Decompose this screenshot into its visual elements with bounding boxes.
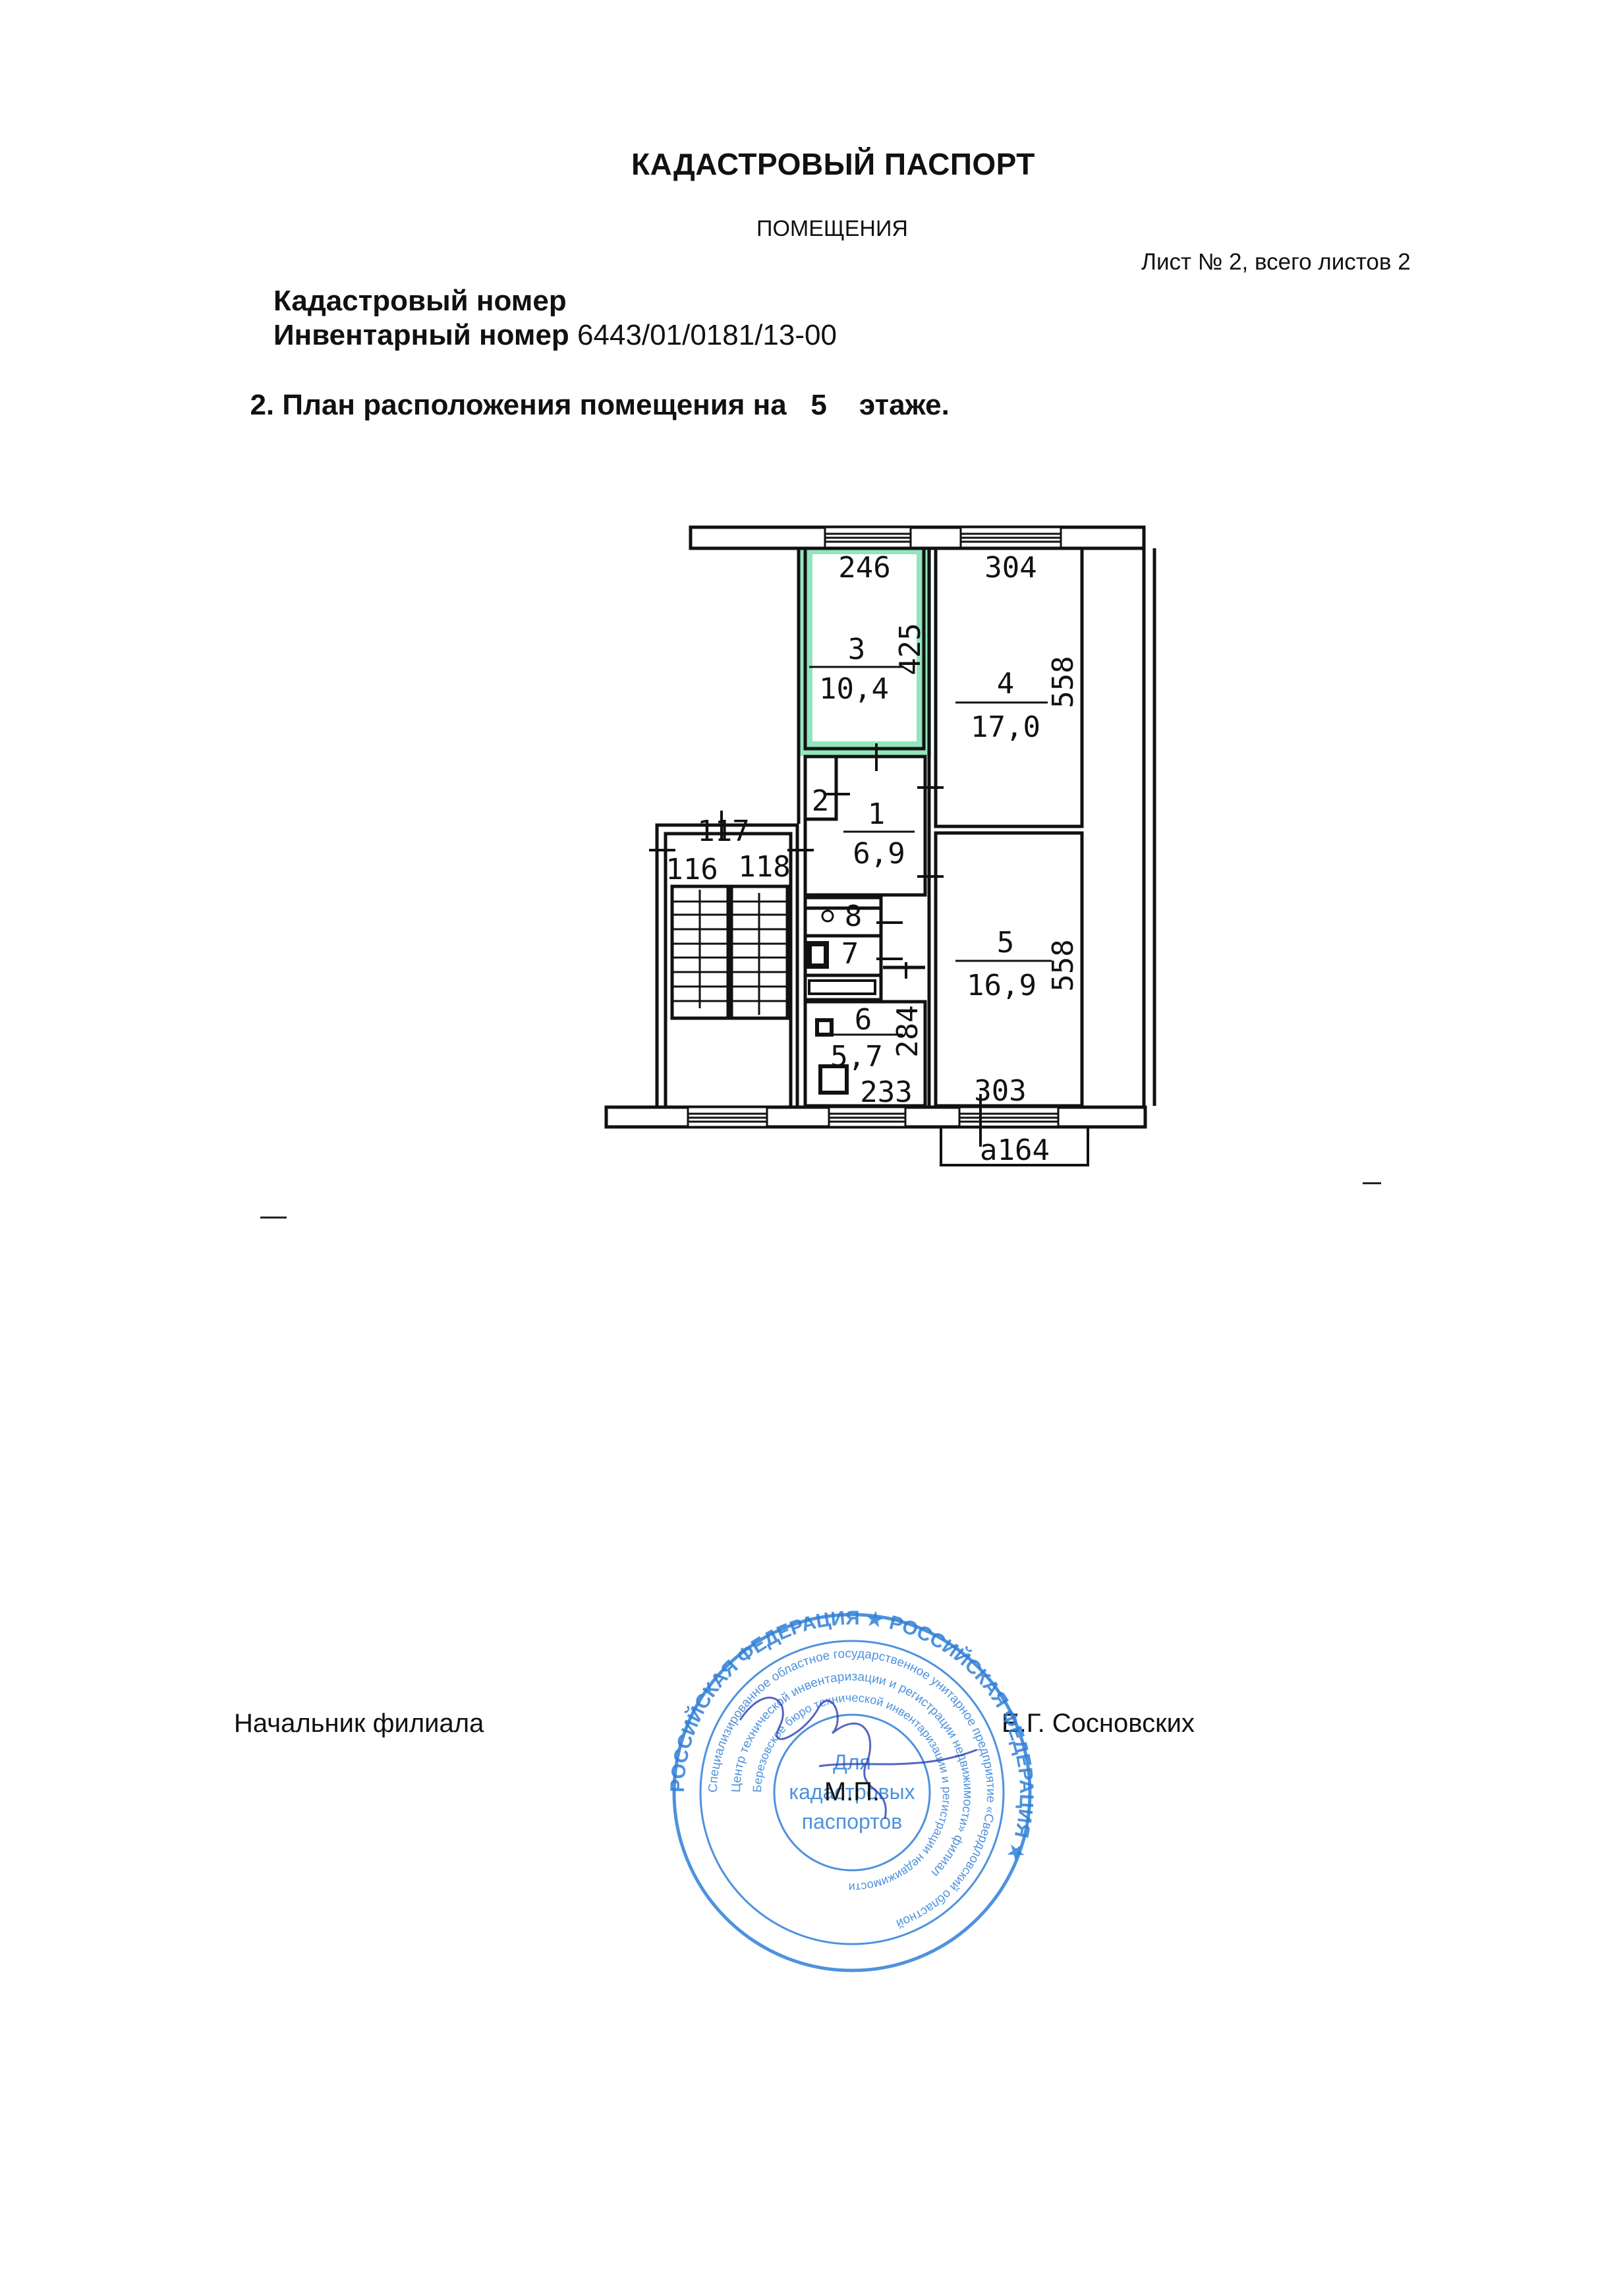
room-3-area: 10,4	[819, 672, 889, 706]
room-8-number: 8	[845, 900, 863, 933]
dim-room3-length: 425	[894, 623, 927, 675]
room-6-area: 5,7	[830, 1040, 882, 1074]
dim-room6-length: 284	[891, 1005, 924, 1057]
room-3-number: 3	[848, 633, 866, 666]
dim-stair-left: 116	[666, 853, 718, 886]
room-5-area: 16,9	[967, 969, 1037, 1002]
seal-mark: М.П.	[824, 1777, 880, 1806]
floor-plan: 246 304 3 10,4 425 4 17,0 558 2 1 6,9 11…	[0, 0, 1619, 1252]
dim-room6-width: 233	[860, 1076, 912, 1109]
room-1-area: 6,9	[853, 837, 905, 871]
dim-balcony: а164	[980, 1134, 1050, 1167]
signatory-position: Начальник филиала	[234, 1709, 484, 1738]
room-4-area: 17,0	[971, 710, 1040, 744]
room-1-number: 1	[868, 797, 886, 831]
room-2-number: 2	[812, 784, 830, 818]
dim-room4-width: 304	[984, 551, 1037, 585]
stamp-center-line3: паспортов	[802, 1810, 902, 1833]
dim-stair-top: 117	[697, 815, 749, 848]
dim-room3-width: 246	[838, 551, 890, 585]
official-stamp: РОССИЙСКАЯ ФЕДЕРАЦИЯ ★ РОССИЙСКАЯ ФЕДЕРА…	[667, 1608, 1037, 1977]
room-4-number: 4	[997, 667, 1015, 701]
dim-stair-right: 118	[738, 850, 790, 884]
room-6-number: 6	[855, 1003, 872, 1037]
margin-mark-left	[260, 1217, 287, 1219]
dim-room5-length: 558	[1046, 939, 1080, 991]
room-5-number: 5	[997, 926, 1015, 960]
margin-mark-right	[1363, 1182, 1381, 1184]
dim-room5-width: 303	[974, 1074, 1026, 1108]
dim-room4-length: 558	[1046, 656, 1080, 708]
room-7-number: 7	[841, 937, 859, 971]
